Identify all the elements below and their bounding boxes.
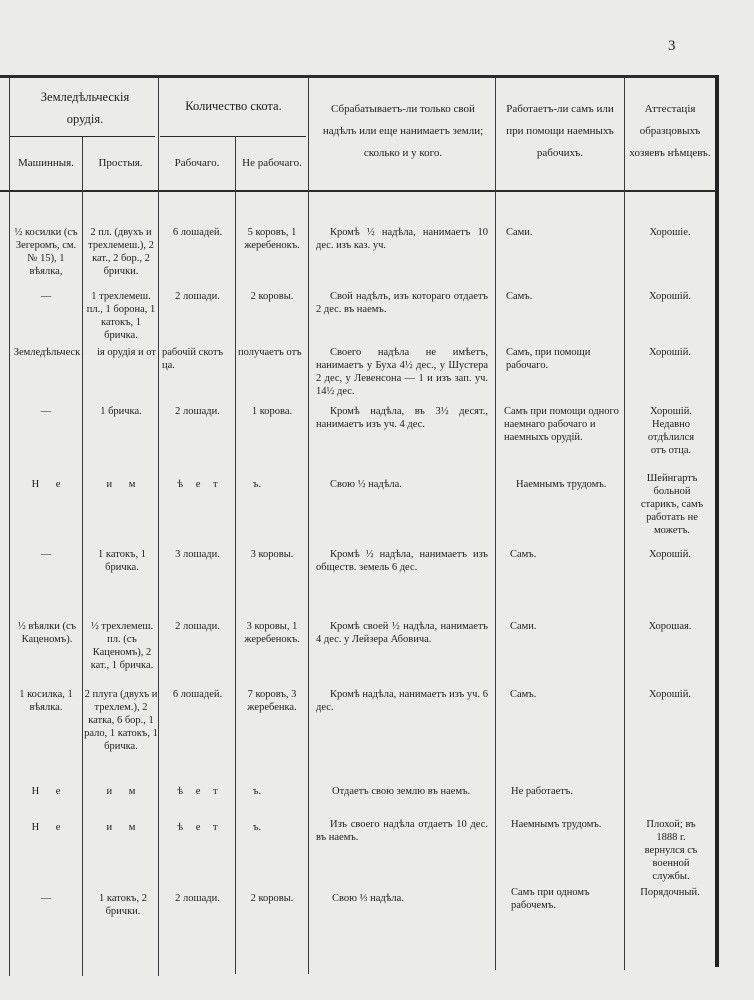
- row-8-machine: 1 косилка, 1 вѣялка.: [14, 688, 78, 714]
- row-11-land: Свою ⅓ надѣла.: [332, 892, 488, 905]
- row-9-simple: и м: [84, 785, 158, 798]
- col-rule: [235, 136, 236, 974]
- row-5-working: ѣ е т: [160, 478, 235, 491]
- col-rule: [158, 78, 159, 976]
- row-7-nonworking: 3 коровы, 1 жеребенокъ.: [237, 620, 307, 646]
- row-4-nonworking: 1 корова.: [237, 405, 307, 418]
- row-4-labor: Самъ при помощи одного наемнаго рабочаго…: [504, 405, 620, 444]
- row-4-working: 2 лошади.: [160, 405, 235, 418]
- col-rule: [9, 78, 10, 976]
- row-6-machine: —: [10, 548, 82, 561]
- row-8-land: Кромѣ надѣла, нанимаетъ изъ уч. 6 дес.: [316, 688, 488, 714]
- row-1-machine: ½ косилки (съ Зегеромъ, см. № 15), 1 вѣя…: [10, 226, 82, 278]
- row-9-labor: Не работаетъ.: [511, 785, 621, 798]
- row-6-nonworking: 3 коровы.: [237, 548, 307, 561]
- row-1-nonworking: 5 коровъ, 1 жеребенокъ.: [237, 226, 307, 252]
- row-11-working: 2 лошади.: [160, 892, 235, 905]
- col-rule: [82, 136, 83, 976]
- row-10-labor: Наемнымъ трудомъ.: [511, 818, 621, 831]
- row-2-nonworking: 2 коровы.: [237, 290, 307, 303]
- header-implements: Земледѣльческія орудія.: [30, 86, 140, 130]
- table-right-border: [715, 75, 719, 967]
- row-6-attestation: Хорошій.: [626, 548, 714, 561]
- header-attestation: Аттестація образцовыхъ хозяевъ нѣмцевъ.: [627, 98, 713, 164]
- header-livestock-nonworking: Не рабочаго.: [236, 152, 308, 174]
- row-10-nonworking: ъ.: [237, 821, 277, 834]
- row-5-land: Свою ½ надѣла.: [330, 478, 488, 491]
- subheader-rule-livestock: [160, 136, 306, 137]
- row-5-simple: и м: [84, 478, 158, 491]
- row-8-labor: Самъ.: [510, 688, 622, 701]
- row-9-working: ѣ е т: [160, 785, 235, 798]
- row-1-labor: Сами.: [506, 226, 622, 239]
- row-11-nonworking: 2 коровы.: [237, 892, 307, 905]
- row-8-nonworking: 7 коровъ, 3 жеребенка.: [237, 688, 307, 714]
- row-7-land: Кромѣ своей ½ надѣла, нанимаетъ 4 дес. у…: [316, 620, 488, 646]
- row-9-land: Отдаетъ свою землю въ наемъ.: [332, 785, 488, 798]
- row-11-attestation: Порядочный.: [626, 886, 714, 899]
- row-2-attestation: Хорошій.: [626, 290, 714, 303]
- header-implements-simple: Простыя.: [83, 152, 158, 174]
- row-7-working: 2 лошади.: [160, 620, 235, 633]
- row-3-nonworking: получаетъ отъ: [238, 346, 310, 359]
- row-5-nonworking: ъ.: [237, 478, 277, 491]
- row-7-machine: ½ вѣялки (съ Каценомъ).: [10, 620, 84, 646]
- row-2-working: 2 лошади.: [160, 290, 235, 303]
- header-implements-machine: Машинныя.: [10, 152, 82, 174]
- row-8-working: 6 лошадей.: [160, 688, 235, 701]
- row-10-working: ѣ е т: [160, 821, 235, 834]
- row-4-attestation: Хорошій. Недавно отдѣлился отъ отца.: [640, 405, 702, 457]
- header-land: Сбрабатываетъ-ли только свой надѣлъ или …: [318, 98, 488, 164]
- row-1-simple: 2 пл. (двухъ и трехлемеш.), 2 кат., 2 бо…: [84, 226, 158, 278]
- col-rule: [308, 78, 309, 974]
- row-9-nonworking: ъ.: [237, 785, 277, 798]
- row-4-simple: 1 бричка.: [84, 405, 158, 418]
- row-5-machine: Н е: [10, 478, 82, 491]
- table-top-border: [0, 75, 719, 78]
- row-2-simple: 1 трехлемеш. пл., 1 борона, 1 катокъ, 1 …: [84, 290, 158, 342]
- row-7-simple: ½ трехлемеш. пл. (съ Каценомъ), 2 кат., …: [86, 620, 158, 672]
- row-3-land: Своего надѣла не имѣетъ, нанимаетъ у Бух…: [316, 346, 488, 398]
- row-5-labor: Наемнымъ трудомъ.: [516, 478, 622, 491]
- row-2-machine: —: [10, 290, 82, 303]
- row-10-machine: Н е: [10, 821, 82, 834]
- row-6-labor: Самъ.: [510, 548, 622, 561]
- row-2-land: Свой надѣлъ, изъ котораго отдаетъ 2 дес.…: [316, 290, 488, 316]
- row-10-attestation: Плохой; въ 1888 г. вернулся съ военной с…: [636, 818, 706, 883]
- row-11-labor: Самъ при одномъ рабочемъ.: [511, 886, 621, 912]
- header-bottom-rule: [0, 190, 716, 192]
- row-11-simple: 1 катокъ, 2 брички.: [96, 892, 150, 918]
- row-3-attestation: Хорошій.: [626, 346, 714, 359]
- row-3-simple: ія орудія и от: [86, 346, 156, 359]
- row-6-land: Кромѣ ½ надѣла, нанимаетъ изъ обществ. з…: [316, 548, 488, 574]
- header-livestock-working: Рабочаго.: [159, 152, 235, 174]
- row-4-machine: —: [10, 405, 82, 418]
- row-10-land: Изъ своего надѣла отдаетъ 10 дес. въ нае…: [316, 818, 488, 844]
- row-10-simple: и м: [84, 821, 158, 834]
- page-number: 3: [668, 38, 676, 55]
- row-1-working: 6 лошадей.: [160, 226, 235, 239]
- row-9-machine: Н е: [10, 785, 82, 798]
- header-labor: Работаетъ-ли самъ или при помощи наемных…: [498, 98, 622, 164]
- row-3-machine: Земледѣльческ: [10, 346, 84, 359]
- col-rule: [495, 78, 496, 970]
- row-7-labor: Сами.: [510, 620, 622, 633]
- row-7-attestation: Хорошая.: [626, 620, 714, 633]
- row-8-simple: 2 плуга (двухъ и трехлем.), 2 катка, 6 б…: [84, 688, 158, 753]
- row-6-working: 3 лошади.: [160, 548, 235, 561]
- row-1-land: Кромѣ ½ надѣла, нанимаетъ 10 дес. изъ ка…: [316, 226, 488, 252]
- row-6-simple: 1 катокъ, 1 бричка.: [96, 548, 148, 574]
- row-3-labor: Самъ, при помощи рабочаго.: [506, 346, 618, 372]
- row-1-attestation: Хорошіе.: [626, 226, 714, 239]
- row-8-attestation: Хорошій.: [626, 688, 714, 701]
- row-4-land: Кромѣ надѣла, въ 3½ десят., нанимаетъ из…: [316, 405, 488, 431]
- row-11-machine: —: [10, 892, 82, 905]
- header-livestock: Количество скота.: [159, 95, 308, 117]
- row-5-attestation: Шейнгартъ больной старикъ, самъ работать…: [640, 472, 704, 537]
- row-2-labor: Самъ.: [506, 290, 622, 303]
- row-3-working: рабочій скотъ ца.: [162, 346, 234, 372]
- col-rule: [624, 78, 625, 970]
